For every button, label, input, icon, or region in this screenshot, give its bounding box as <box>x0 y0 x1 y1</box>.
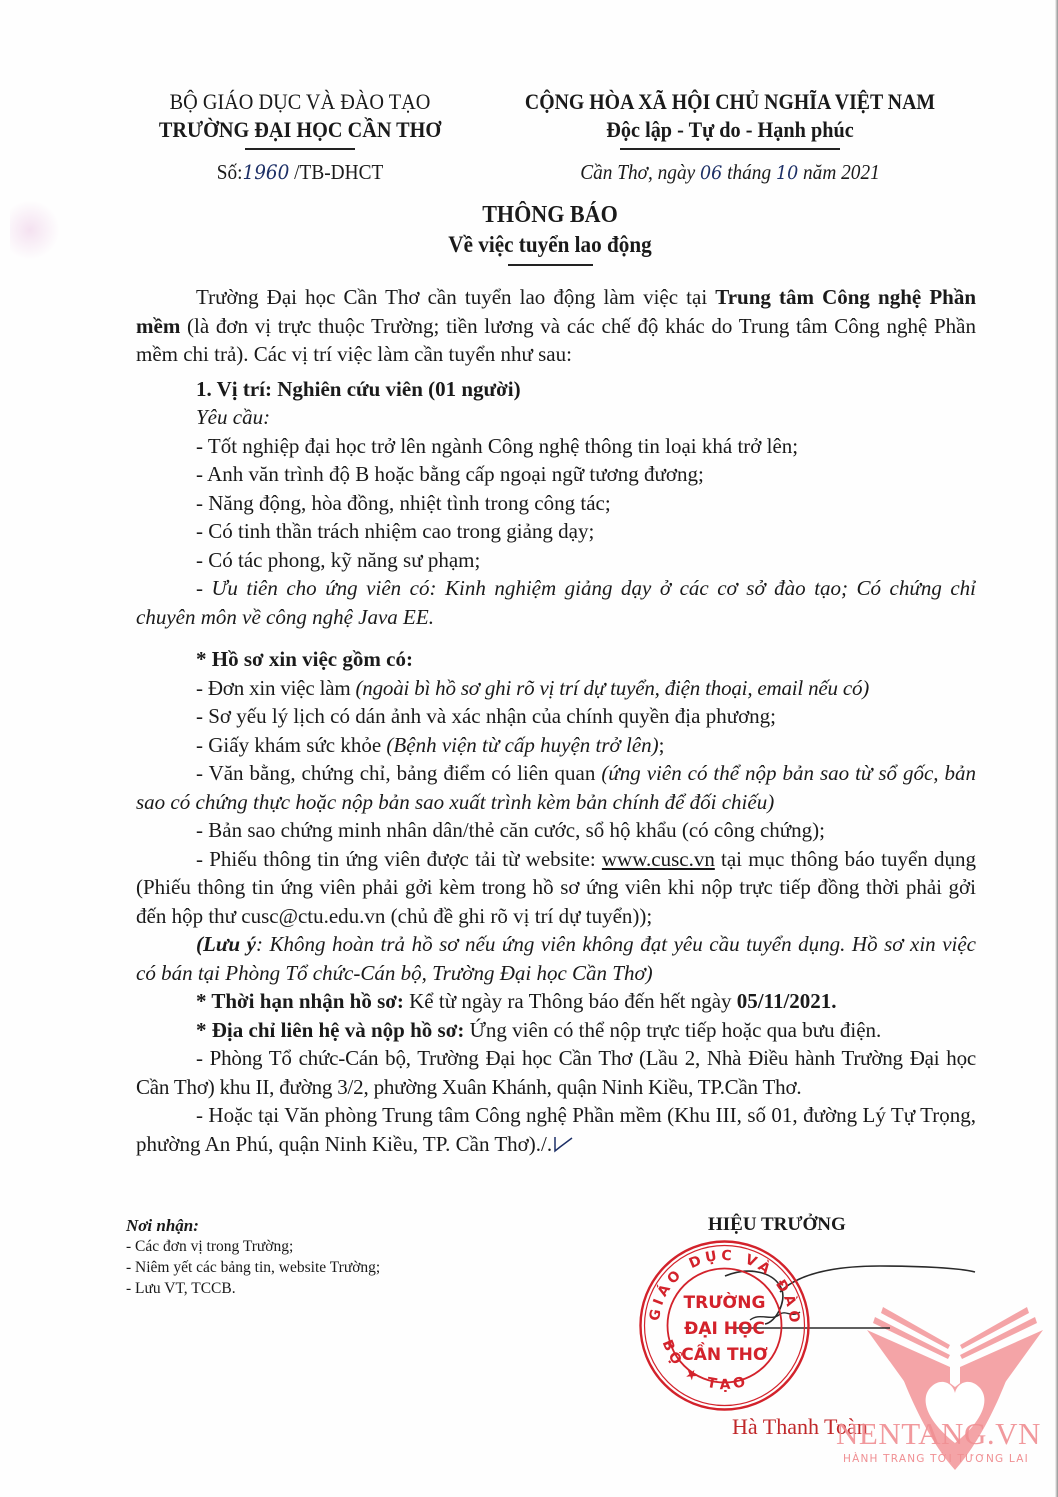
intro-paragraph: Trường Đại học Cần Thơ cần tuyển lao độn… <box>136 283 976 369</box>
date-day: 06 <box>700 162 722 184</box>
application-item-text: - Văn bằng, chứng chỉ, bảng điểm có liên… <box>196 761 601 785</box>
form-item-text: - Phiếu thông tin ứng viên được tải từ w… <box>196 847 602 871</box>
application-item: - Văn bằng, chứng chỉ, bảng điểm có liên… <box>136 759 976 816</box>
requirement-item: - Năng động, hòa đồng, nhiệt tình trong … <box>136 489 976 518</box>
doc-number-suffix: /TB-DHCT <box>289 160 383 184</box>
application-item-tail: ; <box>659 733 665 757</box>
watermark-slogan: HÀNH TRANG TỚI TƯƠNG LAI <box>843 1453 1029 1465</box>
stamp-line: ĐẠI HỌC <box>684 1319 765 1339</box>
cusc-website-link[interactable]: www.cusc.vn <box>602 847 715 871</box>
application-item-note: (ngoài bì hồ sơ ghi rõ vị trí dự tuyển, … <box>356 676 870 700</box>
priority-item: - Ưu tiên cho ứng viên có: Kinh nghiệm g… <box>136 574 976 631</box>
notice-subtitle: Về việc tuyển lao động <box>154 230 945 260</box>
recipient-item: - Các đơn vị trong Trường; <box>126 1236 380 1257</box>
doc-number-prefix: Số: <box>217 160 243 184</box>
date-prefix: Cần Thơ, ngày <box>580 160 700 184</box>
application-item: - Bản sao chứng minh nhân dân/thẻ căn cư… <box>136 816 976 845</box>
university-seal-stamp-icon: GIÁO DỤC VÀ ĐÀO BỘ ★ TẠO TRƯỜNG ĐẠI HỌC … <box>637 1238 812 1413</box>
recipient-item: - Lưu VT, TCCB. <box>126 1278 380 1299</box>
stamp-outer-text: GIÁO DỤC VÀ ĐÀO <box>647 1248 803 1328</box>
scan-smudge <box>10 200 60 260</box>
note-text: : Không hoàn trả hồ sơ nếu ứng viên khôn… <box>136 932 976 985</box>
application-item: - Đơn xin việc làm (ngoài bì hồ sơ ghi r… <box>136 674 976 703</box>
watermark-brand: NENTANG.VN <box>836 1416 1041 1452</box>
deadline-line: * Thời hạn nhận hồ sơ: Kể từ ngày ra Thô… <box>136 987 976 1016</box>
issue-date: Cần Thơ, ngày 06 tháng 10 năm 2021 <box>491 160 969 185</box>
application-heading: * Hồ sơ xin việc gồm có: <box>136 645 976 674</box>
recipients-heading: Nơi nhận: <box>126 1215 380 1236</box>
application-item-text: - Đơn xin việc làm <box>196 676 356 700</box>
note-label: (Lưu ý <box>196 932 256 956</box>
signatory-title: HIỆU TRƯỞNG <box>708 1214 846 1236</box>
position-heading: 1. Vị trí: Nghiên cứu viên (01 người) <box>136 375 976 404</box>
application-item: - Sơ yếu lý lịch có dán ảnh và xác nhận … <box>136 702 976 731</box>
stamp-line: CẦN THƠ <box>681 1341 768 1365</box>
requirement-item: - Tốt nghiệp đại học trở lên ngành Công … <box>136 432 976 461</box>
document-page: BỘ GIÁO DỤC VÀ ĐÀO TẠO TRƯỜNG ĐẠI HỌC CẦ… <box>0 0 1058 1497</box>
date-month: 10 <box>776 162 798 184</box>
ministry-name: BỘ GIÁO DỤC VÀ ĐÀO TẠO <box>134 88 465 116</box>
application-form-item: - Phiếu thông tin ứng viên được tải từ w… <box>136 845 976 931</box>
notice-title: THÔNG BÁO <box>154 200 945 230</box>
issuer-block: BỘ GIÁO DỤC VÀ ĐÀO TẠO TRƯỜNG ĐẠI HỌC CẦ… <box>120 88 480 185</box>
title-underline <box>508 264 593 266</box>
notice-body: Trường Đại học Cần Thơ cần tuyển lao độn… <box>136 283 976 1158</box>
handwritten-initial-icon <box>552 1135 574 1153</box>
national-header: CỘNG HÒA XÃ HỘI CHỦ NGHĨA VIỆT NAM Độc l… <box>470 88 990 185</box>
application-item-text: - Giấy khám sức khỏe <box>196 733 386 757</box>
issuer-underline <box>245 148 355 150</box>
contact-line: * Địa chỉ liên hệ và nộp hồ sơ: Ứng viên… <box>136 1016 976 1045</box>
intro-text-tail: (là đơn vị trực thuộc Trường; tiền lương… <box>136 314 976 367</box>
notice-title-block: THÔNG BÁO Về việc tuyển lao động <box>120 200 980 266</box>
recipient-item: - Niêm yết các bảng tin, website Trường; <box>126 1257 380 1278</box>
contact-address: - Hoặc tại Văn phòng Trung tâm Công nghệ… <box>136 1101 976 1158</box>
recipients-block: Nơi nhận: - Các đơn vị trong Trường; - N… <box>126 1215 380 1299</box>
application-item: - Giấy khám sức khỏe (Bệnh viện từ cấp h… <box>136 731 976 760</box>
svg-text:GIÁO DỤC VÀ ĐÀO: GIÁO DỤC VÀ ĐÀO <box>647 1248 803 1328</box>
contact-label: * Địa chỉ liên hệ và nộp hồ sơ: <box>196 1018 464 1042</box>
date-year: năm 2021 <box>798 160 880 184</box>
deadline-text: Kể từ ngày ra Thông báo đến hết ngày <box>404 989 737 1013</box>
doc-number-handwritten: 1960 <box>243 160 290 184</box>
national-motto: Độc lập - Tự do - Hạnh phúc <box>491 116 969 144</box>
deadline-date: 05/11/2021. <box>737 989 837 1013</box>
contact-text: Ứng viên có thể nộp trực tiếp hoặc qua b… <box>464 1018 881 1042</box>
application-note: (Lưu ý: Không hoàn trả hồ sơ nếu ứng viê… <box>136 930 976 987</box>
contact-address: - Phòng Tổ chức-Cán bộ, Trường Đại học C… <box>136 1044 976 1101</box>
requirement-item: - Có tinh thần trách nhiệm cao trong giả… <box>136 517 976 546</box>
requirement-item: - Anh văn trình độ B hoặc bằng cấp ngoại… <box>136 460 976 489</box>
application-item-note: (Bệnh viện từ cấp huyện trở lên) <box>386 733 658 757</box>
motto-underline <box>620 148 840 150</box>
deadline-label: * Thời hạn nhận hồ sơ: <box>196 989 404 1013</box>
date-month-label: tháng <box>722 160 776 184</box>
document-number: Số:1960 /TB-DHCT <box>134 160 465 185</box>
requirement-item: - Có tác phong, kỹ năng sư phạm; <box>136 546 976 575</box>
country-name: CỘNG HÒA XÃ HỘI CHỦ NGHĨA VIỆT NAM <box>496 88 964 116</box>
intro-text: Trường Đại học Cần Thơ cần tuyển lao độn… <box>196 285 715 309</box>
requirements-label: Yêu cầu: <box>136 403 976 432</box>
stamp-line: TRƯỜNG <box>684 1291 766 1313</box>
university-name: TRƯỜNG ĐẠI HỌC CẦN THƠ <box>134 116 465 144</box>
